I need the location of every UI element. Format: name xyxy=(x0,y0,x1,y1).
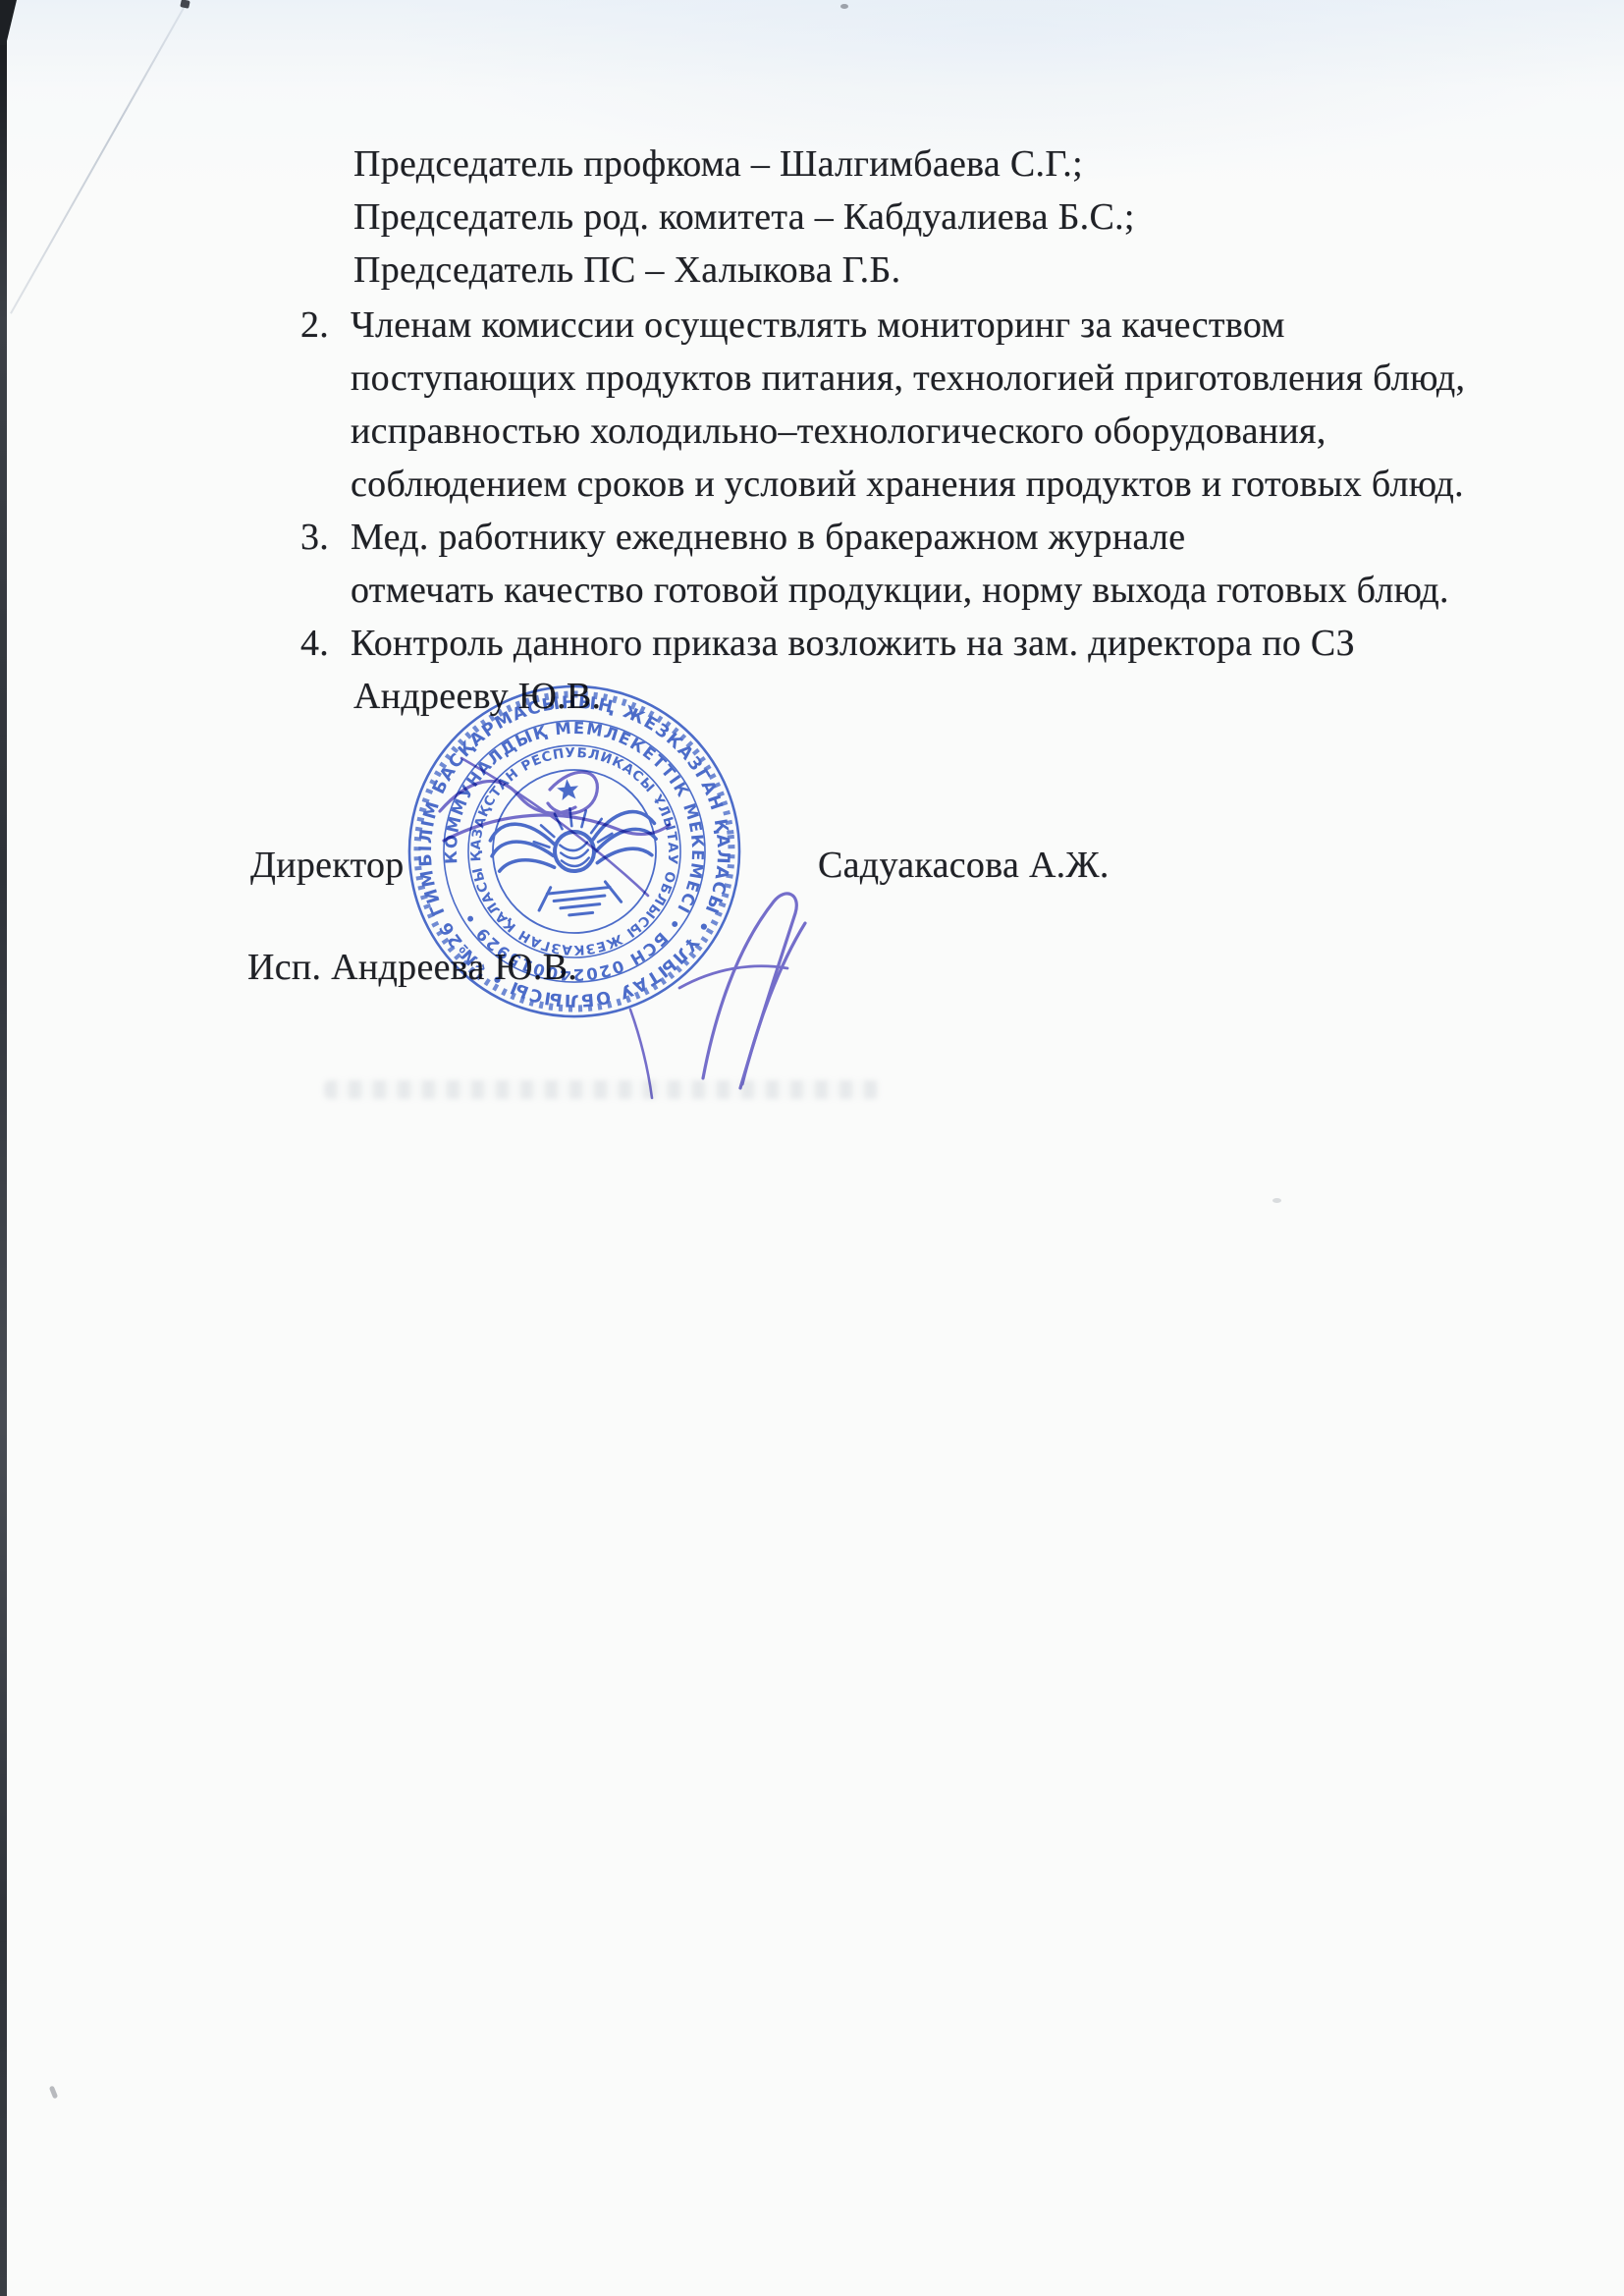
item-3-line-2: отмечать качество готовой продукции, нор… xyxy=(351,568,1449,613)
scanned-document-page: Председатель профкома – Шалгимбаева С.Г.… xyxy=(0,0,1624,2296)
item-3-number: 3. xyxy=(300,515,329,560)
scanner-edge-shadow xyxy=(0,0,7,2296)
scan-speck xyxy=(1272,1198,1281,1203)
item-4-number: 4. xyxy=(300,621,329,666)
committee-line-1: Председатель профкома – Шалгимбаева С.Г.… xyxy=(353,141,1083,187)
ink-bleedthrough xyxy=(324,1080,879,1099)
item-2-line-1: Членам комиссии осуществлять мониторинг … xyxy=(351,302,1285,348)
director-label: Директор xyxy=(250,843,405,888)
item-2-number: 2. xyxy=(300,302,329,348)
item-4-line-1: Контроль данного приказа возложить на за… xyxy=(351,621,1355,666)
director-name: Садуакасова А.Ж. xyxy=(818,843,1110,888)
item-3-line-1: Мед. работнику ежедневно в бракеражном ж… xyxy=(351,515,1185,560)
official-round-stamp: БІЛІМ БАСҚАРМАСЫНЫҢ ЖЕЗКАЗГАН ҚАЛАСЫ • Ұ… xyxy=(383,660,765,1042)
page-corner-artifact xyxy=(0,0,17,45)
item-2-line-3: исправностью холодильно–технологического… xyxy=(351,409,1326,454)
stamp-coat-of-arms xyxy=(485,771,664,923)
item-2-line-4: соблюдением сроков и условий хранения пр… xyxy=(351,462,1464,507)
scan-speck xyxy=(840,4,848,9)
item-2-line-2: поступающих продуктов питания, технологи… xyxy=(351,355,1465,401)
page-fold-line xyxy=(10,0,191,314)
committee-line-3: Председатель ПС – Халыкова Г.Б. xyxy=(353,247,900,293)
scan-speck xyxy=(180,0,189,9)
committee-line-2: Председатель род. комитета – Кабдуалиева… xyxy=(353,194,1135,240)
scan-speck xyxy=(49,2086,59,2100)
